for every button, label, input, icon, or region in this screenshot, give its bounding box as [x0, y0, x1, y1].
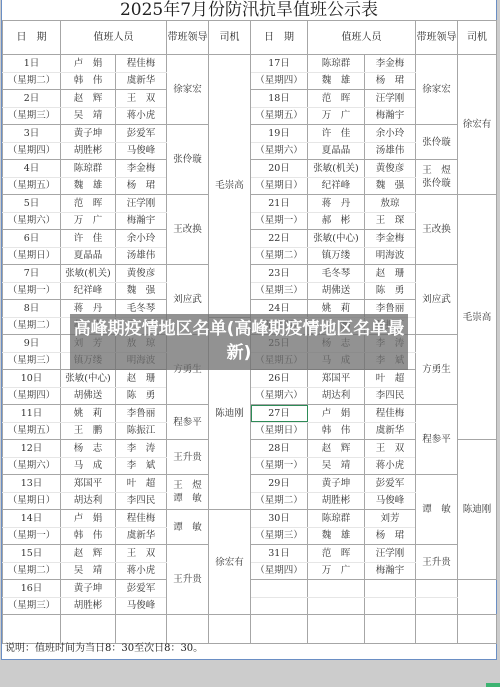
staff-cell: 夏晶晶 — [61, 247, 116, 265]
weekday-cell: （星期四） — [251, 72, 308, 90]
date-cell: 23日 — [251, 265, 308, 283]
staff-cell: 蒋小虎 — [365, 457, 416, 475]
staff-cell: 赵 辉 — [61, 545, 116, 563]
leader-cell: 王 煜 张伶璇 — [416, 160, 458, 195]
empty-cell — [308, 580, 365, 598]
staff-cell: 张敏(中心) — [308, 230, 365, 248]
date-cell: 31日 — [251, 545, 308, 563]
date-cell: 3日 — [3, 125, 61, 143]
staff-cell: 刘芳 — [365, 510, 416, 528]
weekday-cell: （星期四） — [251, 562, 308, 580]
header-row: 日 期 值班人员 带班领导 司机 日 期 值班人员 带班领导 司机 — [3, 21, 497, 55]
staff-cell: 韩 伟 — [308, 422, 365, 440]
weekday-cell: （星期五） — [251, 107, 308, 125]
staff-cell: 李 涛 — [116, 440, 167, 458]
staff-cell: 陈 勇 — [116, 387, 167, 405]
staff-cell: 汪学刚 — [365, 545, 416, 563]
staff-cell: 程佳梅 — [365, 405, 416, 423]
staff-cell: 马 成 — [61, 457, 116, 475]
staff-cell: 程佳梅 — [116, 55, 167, 73]
header-leader-2: 带班领导 — [416, 21, 458, 55]
weekday-cell: （星期六） — [3, 212, 61, 230]
staff-cell: 马俊峰 — [116, 142, 167, 160]
staff-cell: 魏 雄 — [61, 177, 116, 195]
weekday-cell: （星期三） — [3, 107, 61, 125]
staff-cell: 梅瀚宇 — [365, 107, 416, 125]
staff-cell: 胡胜彬 — [61, 142, 116, 160]
staff-cell: 胡佛送 — [61, 387, 116, 405]
staff-cell: 胡达利 — [308, 387, 365, 405]
staff-cell: 杨 珺 — [116, 177, 167, 195]
weekday-cell: （星期三） — [251, 527, 308, 545]
header-date: 日 期 — [3, 21, 61, 55]
staff-cell: 王 双 — [116, 90, 167, 108]
weekday-cell: （星期六） — [3, 457, 61, 475]
staff-cell: 张敏(中心) — [61, 370, 116, 388]
weekday-cell: （星期二） — [3, 317, 61, 335]
staff-cell: 张敏(机关) — [308, 160, 365, 178]
leader-cell: 刘应武 — [416, 265, 458, 335]
staff-cell: 余小玲 — [365, 125, 416, 143]
date-cell: 18日 — [251, 90, 308, 108]
empty-cell — [251, 580, 308, 598]
staff-cell: 魏 强 — [365, 177, 416, 195]
staff-cell: 吴 靖 — [61, 562, 116, 580]
leader-cell: 程参平 — [416, 405, 458, 475]
date-cell: 4日 — [3, 160, 61, 178]
header-driver: 司机 — [209, 21, 251, 55]
weekday-cell: （星期二） — [251, 247, 308, 265]
weekday-cell: （星期一） — [251, 457, 308, 475]
staff-cell: 陈琼群 — [61, 160, 116, 178]
staff-cell: 吴 靖 — [61, 107, 116, 125]
watermark-banner: 高峰期疫情地区名单(高峰期疫情地区名单最新) — [70, 314, 408, 370]
leader-cell: 徐家宏 — [167, 55, 209, 125]
weekday-cell: （星期日） — [3, 492, 61, 510]
date-cell: 5日 — [3, 195, 61, 213]
date-cell: 6日 — [3, 230, 61, 248]
date-cell: 22日 — [251, 230, 308, 248]
date-cell: 14日 — [3, 510, 61, 528]
staff-cell: 汪学刚 — [365, 90, 416, 108]
weekday-cell: （星期日） — [251, 177, 308, 195]
weekday-cell: （星期五） — [3, 177, 61, 195]
staff-cell: 余小玲 — [116, 230, 167, 248]
weekday-cell: （星期六） — [251, 387, 308, 405]
staff-cell: 虞新华 — [116, 527, 167, 545]
leader-cell: 张伶璇 — [167, 125, 209, 195]
staff-cell: 李金梅 — [365, 55, 416, 73]
weekday-cell: （星期三） — [3, 597, 61, 615]
staff-cell: 魏 强 — [116, 282, 167, 300]
weekday-cell: （星期日） — [3, 247, 61, 265]
staff-cell: 王 鹏 — [61, 422, 116, 440]
weekday-cell: （星期三） — [3, 352, 61, 370]
staff-cell: 汪学刚 — [116, 195, 167, 213]
staff-cell: 赵 辉 — [308, 440, 365, 458]
date-cell: 30日 — [251, 510, 308, 528]
staff-cell: 杨 珺 — [365, 527, 416, 545]
leader-cell: 王升贵 — [167, 440, 209, 475]
empty-cell — [308, 597, 365, 615]
staff-cell: 陈琼群 — [308, 55, 365, 73]
footnote: 说明：值班时间为当日8：30至次日8：30。 — [5, 640, 203, 658]
staff-cell: 李金梅 — [116, 160, 167, 178]
staff-cell: 胡胜彬 — [308, 492, 365, 510]
staff-cell: 胡佛送 — [308, 282, 365, 300]
staff-cell: 许 佳 — [61, 230, 116, 248]
page-title: 2025年7月份防汛抗旱值班公示表 — [2, 0, 496, 21]
header-leader: 带班领导 — [167, 21, 209, 55]
staff-cell: 吴 靖 — [308, 457, 365, 475]
empty-cell — [416, 615, 458, 644]
staff-cell: 魏 雄 — [308, 72, 365, 90]
staff-cell: 黄子坤 — [308, 475, 365, 493]
staff-cell: 纪祥峰 — [308, 177, 365, 195]
staff-cell: 李四民 — [116, 492, 167, 510]
leader-cell: 张伶璇 — [416, 125, 458, 160]
weekday-cell: （星期一） — [251, 212, 308, 230]
staff-cell: 梅瀚宇 — [116, 212, 167, 230]
leader-cell: 徐家宏 — [416, 55, 458, 125]
date-cell: 28日 — [251, 440, 308, 458]
staff-cell: 黄子坤 — [61, 580, 116, 598]
staff-cell: 程佳梅 — [116, 510, 167, 528]
date-cell: 29日 — [251, 475, 308, 493]
staff-cell: 许 佳 — [308, 125, 365, 143]
empty-cell — [251, 615, 308, 644]
empty-cell — [416, 597, 458, 615]
staff-cell: 蒋 丹 — [308, 195, 365, 213]
date-cell: 21日 — [251, 195, 308, 213]
staff-cell: 明海波 — [365, 247, 416, 265]
weekday-cell: （星期三） — [251, 282, 308, 300]
staff-cell: 马俊峰 — [116, 597, 167, 615]
weekday-cell: （星期一） — [3, 527, 61, 545]
leader-cell: 谭 敏 — [167, 510, 209, 545]
staff-cell: 胡达利 — [61, 492, 116, 510]
staff-cell: 范 晖 — [61, 195, 116, 213]
date-cell: 27日 — [251, 405, 308, 423]
staff-cell: 魏 雄 — [308, 527, 365, 545]
staff-cell: 卢 娟 — [308, 405, 365, 423]
staff-cell: 郑国平 — [61, 475, 116, 493]
staff-cell: 黄俊彦 — [365, 160, 416, 178]
leader-cell: 方勇生 — [416, 335, 458, 405]
leader-cell: 谭 敏 — [416, 475, 458, 545]
staff-cell: 叶 超 — [116, 475, 167, 493]
driver-cell: 毛崇高 — [209, 55, 251, 318]
staff-cell: 李四民 — [365, 387, 416, 405]
date-cell: 17日 — [251, 55, 308, 73]
leader-cell: 王 煜 谭 敏 — [167, 475, 209, 510]
date-cell: 26日 — [251, 370, 308, 388]
staff-cell: 张敏(机关) — [61, 265, 116, 283]
staff-cell: 虞新华 — [365, 422, 416, 440]
staff-cell: 赵 辉 — [61, 90, 116, 108]
staff-cell: 李金梅 — [365, 230, 416, 248]
staff-cell: 卢 娟 — [61, 510, 116, 528]
weekday-cell: （星期一） — [3, 282, 61, 300]
weekday-cell: （星期二） — [3, 72, 61, 90]
staff-cell: 陈 勇 — [365, 282, 416, 300]
staff-cell: 陈琼群 — [308, 510, 365, 528]
empty-cell — [416, 580, 458, 598]
staff-cell: 彭爱军 — [116, 125, 167, 143]
date-cell: 11日 — [3, 405, 61, 423]
staff-cell: 蒋小虎 — [116, 107, 167, 125]
staff-cell: 叶 超 — [365, 370, 416, 388]
staff-cell: 杨 珺 — [365, 72, 416, 90]
leader-cell: 王升贵 — [167, 545, 209, 615]
staff-cell: 万 广 — [308, 562, 365, 580]
staff-cell: 彭爱军 — [116, 580, 167, 598]
weekday-cell: （星期四） — [3, 387, 61, 405]
staff-cell: 万 广 — [61, 212, 116, 230]
staff-cell: 范 晖 — [308, 90, 365, 108]
weekday-cell: （星期二） — [251, 492, 308, 510]
staff-cell: 李 斌 — [116, 457, 167, 475]
staff-cell: 卢 娟 — [61, 55, 116, 73]
staff-cell: 韩 伟 — [61, 527, 116, 545]
weekday-cell: （星期四） — [3, 142, 61, 160]
staff-cell: 黄俊彦 — [116, 265, 167, 283]
staff-cell: 纪祥峰 — [61, 282, 116, 300]
weekday-cell: （星期二） — [3, 562, 61, 580]
header-staff-2: 值班人员 — [308, 21, 416, 55]
date-cell: 2日 — [3, 90, 61, 108]
date-cell: 10日 — [3, 370, 61, 388]
date-cell: 20日 — [251, 160, 308, 178]
staff-cell: 万 广 — [308, 107, 365, 125]
header-driver-2: 司机 — [458, 21, 497, 55]
empty-cell — [365, 580, 416, 598]
header-date-2: 日 期 — [251, 21, 308, 55]
status-indicator — [486, 683, 500, 687]
date-cell: 15日 — [3, 545, 61, 563]
staff-cell: 姚 莉 — [61, 405, 116, 423]
staff-cell: 郝 彬 — [308, 212, 365, 230]
staff-cell: 王 琛 — [365, 212, 416, 230]
staff-cell: 王 双 — [116, 545, 167, 563]
staff-cell: 梅瀚宇 — [365, 562, 416, 580]
staff-cell: 郑国平 — [308, 370, 365, 388]
staff-cell: 范 晖 — [308, 545, 365, 563]
staff-cell: 陈振江 — [116, 422, 167, 440]
staff-cell: 王 双 — [365, 440, 416, 458]
driver-cell: 徐宏有 — [209, 510, 251, 615]
weekday-cell: （星期日） — [251, 422, 308, 440]
empty-cell — [365, 597, 416, 615]
header-staff: 值班人员 — [61, 21, 167, 55]
empty-cell — [251, 597, 308, 615]
staff-cell: 李鲁丽 — [116, 405, 167, 423]
staff-cell: 胡胜彬 — [61, 597, 116, 615]
staff-cell: 敖琼 — [365, 195, 416, 213]
date-cell: 13日 — [3, 475, 61, 493]
date-cell: 8日 — [3, 300, 61, 318]
leader-cell: 王改换 — [167, 195, 209, 265]
leader-cell: 程参平 — [167, 405, 209, 440]
date-cell: 16日 — [3, 580, 61, 598]
staff-cell: 夏晶晶 — [308, 142, 365, 160]
date-cell: 1日 — [3, 55, 61, 73]
empty-cell — [209, 615, 251, 644]
staff-cell: 黄子坤 — [61, 125, 116, 143]
empty-cell — [458, 615, 497, 644]
staff-cell: 毛冬琴 — [308, 265, 365, 283]
staff-cell: 彭爱军 — [365, 475, 416, 493]
date-cell: 19日 — [251, 125, 308, 143]
weekday-cell: （星期六） — [251, 142, 308, 160]
staff-cell: 虞新华 — [116, 72, 167, 90]
staff-cell: 蒋小虎 — [116, 562, 167, 580]
staff-cell: 汤雄伟 — [116, 247, 167, 265]
driver-cell: 毛崇高 — [458, 195, 497, 440]
driver-cell: 陈迪刚 — [458, 440, 497, 580]
empty-cell — [308, 615, 365, 644]
date-cell: 9日 — [3, 335, 61, 353]
date-cell: 12日 — [3, 440, 61, 458]
staff-cell: 赵 珊 — [365, 265, 416, 283]
staff-cell: 赵 珊 — [116, 370, 167, 388]
table-row: 1日卢 娟程佳梅徐家宏毛崇高17日陈琼群李金梅徐家宏徐宏有 — [3, 55, 497, 73]
staff-cell: 汤雄伟 — [365, 142, 416, 160]
weekday-cell: （星期五） — [3, 422, 61, 440]
date-cell: 7日 — [3, 265, 61, 283]
driver-cell: 徐宏有 — [458, 55, 497, 195]
staff-cell: 杨 志 — [61, 440, 116, 458]
staff-cell: 马俊峰 — [365, 492, 416, 510]
empty-cell — [365, 615, 416, 644]
leader-cell: 王改换 — [416, 195, 458, 265]
leader-cell: 王升贵 — [416, 545, 458, 580]
staff-cell: 镇万缕 — [308, 247, 365, 265]
staff-cell: 韩 伟 — [61, 72, 116, 90]
